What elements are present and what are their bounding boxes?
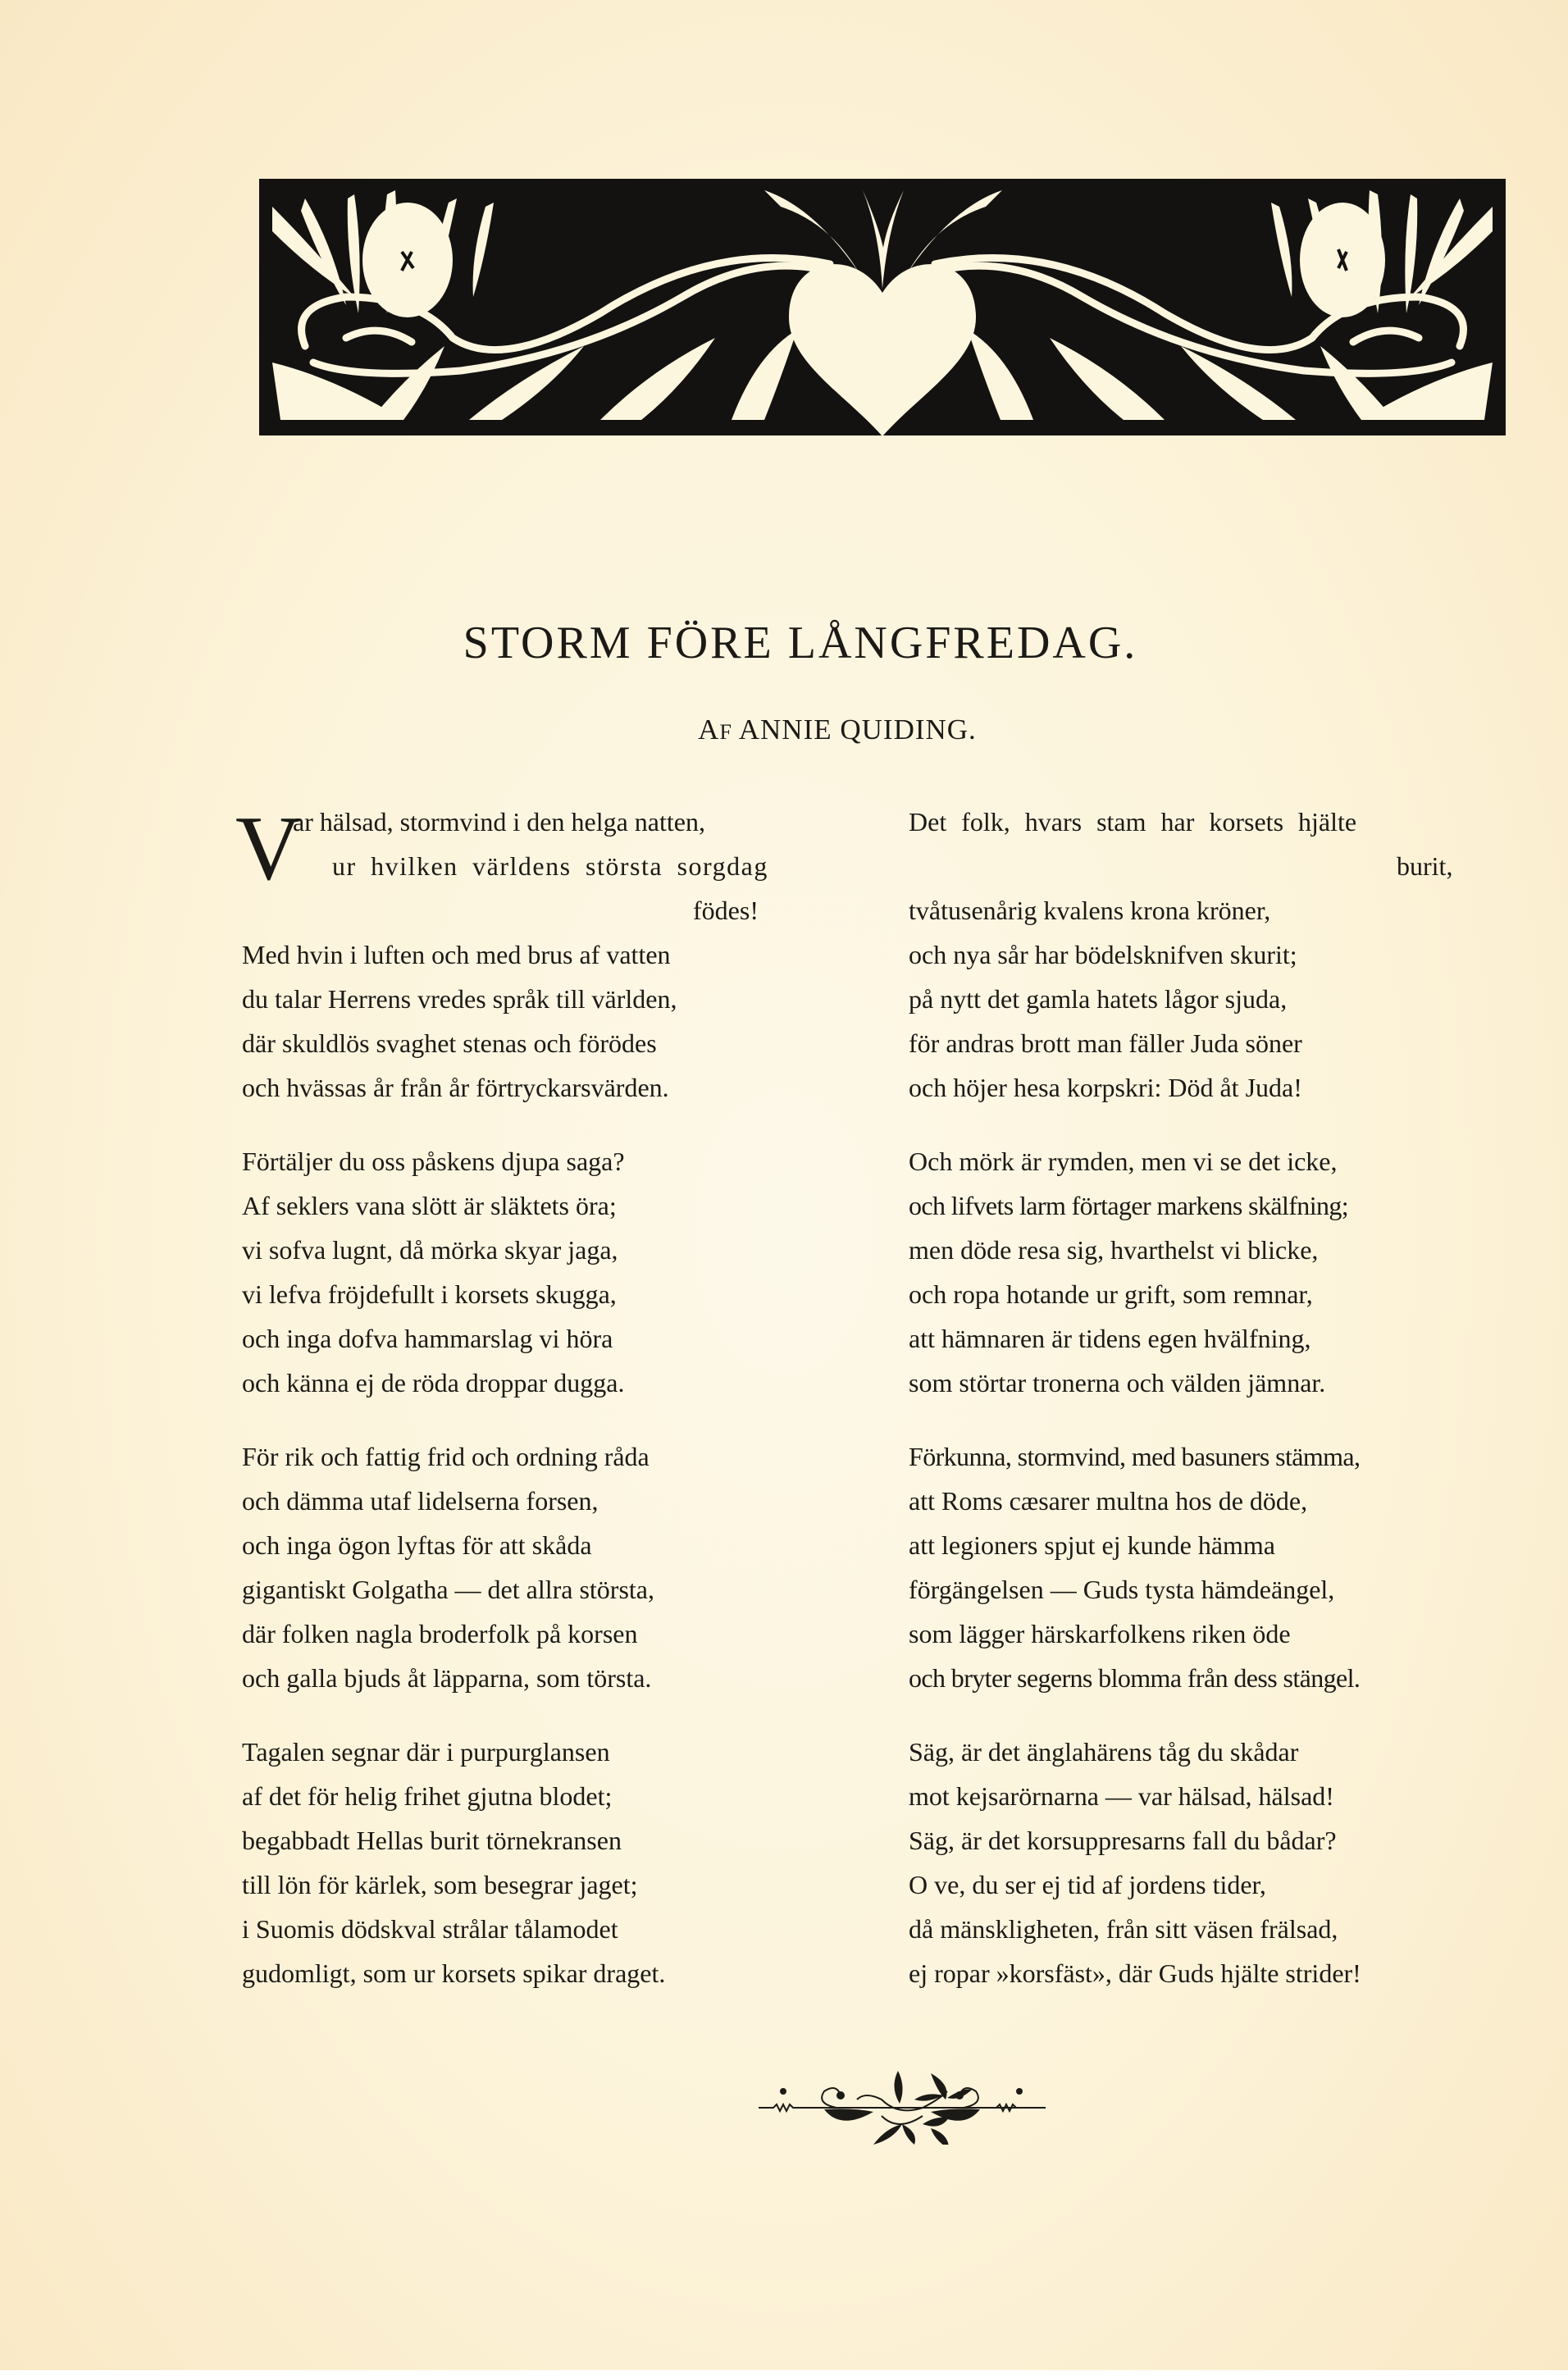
poem-line: O ve, du ser ej tid af jordens tider, [909,1863,1565,1907]
poem-line: och inga dofva hammarslag vi höra [242,1316,898,1361]
poem-line: där folken nagla broderfolk på korsen [242,1612,898,1656]
poem-line: Af seklers vana slött är släktets öra; [242,1183,898,1228]
poem-line: Förtäljer du oss påskens djupa saga? [242,1139,898,1183]
stanza-7: Förkunna, stormvind, med basuners stämma… [909,1434,1565,1700]
byline-author: ANNIE QUIDING. [739,714,977,745]
stanza-2: Förtäljer du oss påskens djupa saga? Af … [242,1139,898,1405]
poem-line: och lifvets larm förtager markens skälfn… [909,1183,1565,1228]
poem-line: där skuldlös svaghet stenas och förödes [242,1021,898,1065]
poem-right-column: Det folk, hvars stam har korsets hjälte … [909,800,1565,2025]
drop-cap: V [235,808,302,890]
poem-title: STORM FÖRE LÅNGFREDAG. [0,617,1568,669]
poem-line: begabbadt Hellas burit törnekransen [242,1818,898,1863]
poem-line: för andras brott man fäller Juda söner [909,1021,1565,1065]
author-byline: AF ANNIE QUIDING. [0,714,1568,746]
poem-line: Med hvin i luften och med brus af vatten [242,932,898,977]
poem-line: förgängelsen — Guds tysta hämdeängel, [909,1567,1565,1612]
poem-line: Förkunna, stormvind, med basuners stämma… [909,1434,1565,1479]
poem-line: Säg, är det korsuppresarns fall du bådar… [909,1818,1565,1863]
poem-line: tvåtusenårig kvalens krona kröner, [909,888,1565,932]
poem-line: Det folk, hvars stam har korsets hjälte [909,800,1565,844]
byline-prefix-rest: F [719,720,732,744]
poem-line: och hvässas år från år förtryckarsvärden… [242,1065,898,1110]
floral-tailpiece-ornament-icon [759,2067,1046,2145]
poem-line: mot kejsarörnarna — var hälsad, hälsad! [909,1774,1565,1818]
poem-line: och inga ögon lyftas för att skåda [242,1523,898,1567]
poem-line: och nya sår har bödelsknifven skurit; [909,932,1565,977]
poem-left-column: V ar hälsad, stormvind i den helga natte… [242,800,898,2025]
poem-line: och känna ej de röda droppar dugga. [242,1361,898,1405]
poem-line: och bryter segerns blomma från dess stän… [909,1656,1565,1700]
poem-line: vi sofva lugnt, då mörka skyar jaga, [242,1228,898,1272]
poem-line: som lägger härskarfolkens riken öde [909,1612,1565,1656]
poem-line: af det för helig frihet gjutna blodet; [242,1774,898,1818]
stanza-5: Det folk, hvars stam har korsets hjälte … [909,800,1565,1110]
stanza-3: För rik och fattig frid och ordning råda… [242,1434,898,1700]
poem-line: gudomligt, som ur korsets spikar draget. [242,1951,898,1995]
poem-line: Säg, är det änglahärens tåg du skådar [909,1730,1565,1774]
poem-line: till lön för kärlek, som besegrar jaget; [242,1863,898,1907]
stanza-6: Och mörk är rymden, men vi se det icke, … [909,1139,1565,1405]
poem-line: ar hälsad, stormvind i den helga natten, [242,800,898,844]
poem-line: i Suomis dödskval strålar tålamodet [242,1907,898,1951]
poem-line: och ropa hotande ur grift, som remnar, [909,1272,1565,1316]
poem-line: vi lefva fröjdefullt i korsets skugga, [242,1272,898,1316]
poem-line: och galla bjuds åt läpparna, som törsta. [242,1656,898,1700]
heart-banner-ornament-icon [256,174,1509,440]
poem-line: att legioners spjut ej kunde hämma [909,1523,1565,1567]
poem-line: att Roms cæsarer multna hos de döde, [909,1479,1565,1523]
poem-line: men döde resa sig, hvarthelst vi blicke, [909,1228,1565,1272]
poem-line: födes! [242,888,898,932]
poem-line: burit, [909,844,1565,888]
document-page: STORM FÖRE LÅNGFREDAG. AF ANNIE QUIDING.… [0,0,1568,2370]
poem-line: på nytt det gamla hatets lågor sjuda, [909,977,1565,1021]
poem-line: Och mörk är rymden, men vi se det icke, [909,1139,1565,1183]
poem-line: ej ropar »korsfäst», där Guds hjälte str… [909,1951,1565,1995]
poem-line: då mänskligheten, från sitt väsen frälsa… [909,1907,1565,1951]
poem-line: Tagalen segnar där i purpurglansen [242,1730,898,1774]
poem-line: ur hvilken världens största sorgdag [242,844,898,888]
poem-line: och dämma utaf lidelserna forsen, [242,1479,898,1523]
poem-line: För rik och fattig frid och ordning råda [242,1434,898,1479]
byline-prefix-initial: A [698,714,719,745]
stanza-8: Säg, är det änglahärens tåg du skådar mo… [909,1730,1565,1995]
poem-line: gigantiskt Golgatha — det allra största, [242,1567,898,1612]
poem-line: som störtar tronerna och välden jämnar. [909,1361,1565,1405]
poem-line: och höjer hesa korpskri: Död åt Juda! [909,1065,1565,1110]
stanza-4: Tagalen segnar där i purpurglansen af de… [242,1730,898,1995]
poem-line: du talar Herrens vredes språk till värld… [242,977,898,1021]
poem-line: att hämnaren är tidens egen hvälfning, [909,1316,1565,1361]
stanza-1: V ar hälsad, stormvind i den helga natte… [242,800,898,1110]
